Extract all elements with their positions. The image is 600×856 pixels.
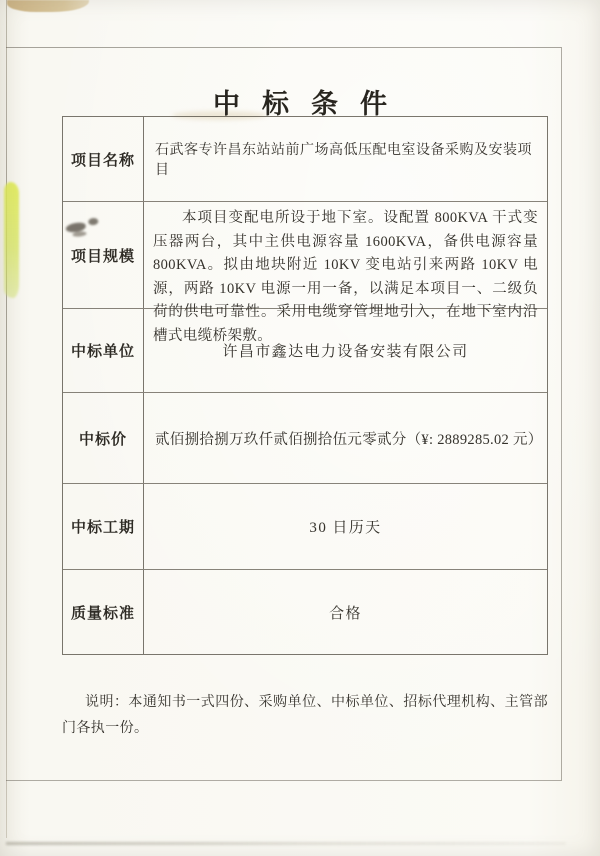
table-row-construction-period: 中标工期 30 日历天 — [63, 484, 547, 570]
row-value: 本项目变配电所设于地下室。设配置 800KVA 干式变压器两台，其中主供电源容量… — [144, 202, 547, 308]
row-value: 30 日历天 — [144, 484, 547, 569]
row-value: 贰佰捌拾捌万玖仟贰佰捌拾伍元零贰分（¥: 2889285.02 元） — [144, 393, 547, 483]
bid-conditions-table: 项目名称 石武客专许昌东站站前广场高低压配电室设备采购及安装项目 项目规模 本项… — [62, 116, 548, 655]
table-row-bid-price: 中标价 贰佰捌拾捌万玖仟贰佰捌拾伍元零贰分（¥: 2889285.02 元） — [63, 393, 547, 484]
note: 说明：本通知书一式四份、采购单位、中标单位、招标代理机构、主管部门各执一份。 — [62, 690, 548, 742]
row-value: 合格 — [144, 570, 547, 654]
scanned-document-page: 中标条件 项目名称 石武客专许昌东站站前广场高低压配电室设备采购及安装项目 项目… — [0, 0, 600, 856]
row-label: 项目规模 — [63, 202, 144, 308]
paper-bottom-shadow — [6, 842, 566, 845]
note-label: 说明： — [85, 695, 128, 710]
row-value: 石武客专许昌东站站前广场高低压配电室设备采购及安装项目 — [144, 117, 547, 201]
scan-artifact-top — [7, 0, 89, 12]
table-row-project-name: 项目名称 石武客专许昌东站站前广场高低压配电室设备采购及安装项目 — [63, 117, 547, 202]
row-label: 中标价 — [63, 393, 144, 483]
row-label: 中标单位 — [63, 309, 144, 392]
row-label: 项目名称 — [63, 117, 144, 201]
row-label: 质量标准 — [63, 570, 144, 654]
table-row-project-scale: 项目规模 本项目变配电所设于地下室。设配置 800KVA 干式变压器两台，其中主… — [63, 202, 547, 309]
table-row-winning-bidder: 中标单位 许昌市鑫达电力设备安装有限公司 — [63, 309, 547, 393]
row-label: 中标工期 — [63, 484, 144, 569]
row-value: 许昌市鑫达电力设备安装有限公司 — [144, 309, 547, 392]
table-row-quality-standard: 质量标准 合格 — [63, 570, 547, 654]
note-text: 本通知书一式四份、采购单位、中标单位、招标代理机构、主管部门各执一份。 — [62, 695, 548, 736]
